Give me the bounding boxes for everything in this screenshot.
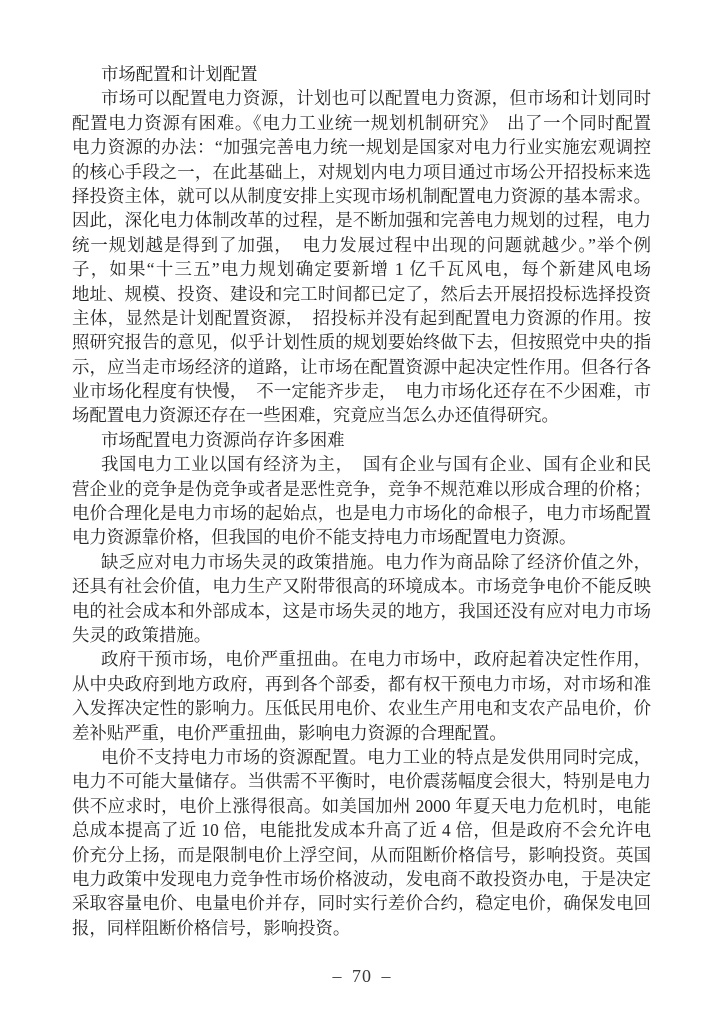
text-line: 配置电力资源有困难。《电力工业统一规划机制研究》 出了一个同时配置 <box>72 111 651 135</box>
page-text: 市场配置和计划配置市场可以配置电力资源，计划也可以配置电力资源，但市场和计划同时… <box>72 62 651 940</box>
text-line: 择投资主体，就可以从制度安排上实现市场机制配置电力资源的基本需求。 <box>72 184 651 208</box>
page-number: – 70 – <box>0 966 724 987</box>
text-line: 政府干预市场，电价严重扭曲。在电力市场中，政府起着决定性作用， <box>72 647 651 671</box>
text-line: 统一规划越是得到了加强， 电力发展过程中出现的问题就越少。”举个例 <box>72 233 651 257</box>
text-line: 缺乏应对电力市场失灵的政策措施。电力作为商品除了经济价值之外， <box>72 550 651 574</box>
text-line: 的核心手段之一，在此基础上，对规划内电力项目通过市场公开招投标来选 <box>72 160 651 184</box>
text-line: 市场配置和计划配置 <box>72 62 651 86</box>
text-line: 示，应当走市场经济的道路，让市场在配置资源中起决定性作用。但各行各 <box>72 355 651 379</box>
text-line: 电力不可能大量储存。当供需不平衡时，电价震荡幅度会很大，特别是电力 <box>72 769 651 793</box>
document-page: 市场配置和计划配置市场可以配置电力资源，计划也可以配置电力资源，但市场和计划同时… <box>0 0 724 1024</box>
text-line: 还具有社会价值，电力生产又附带很高的环境成本。市场竞争电价不能反映 <box>72 574 651 598</box>
text-line: 电力政策中发现电力竞争性市场价格波动，发电商不敢投资办电，于是决定 <box>72 867 651 891</box>
text-line: 业市场化程度有快慢， 不一定能齐步走， 电力市场化还存在不少困难，市 <box>72 379 651 403</box>
text-line: 失灵的政策措施。 <box>72 623 651 647</box>
text-line: 差补贴严重，电价严重扭曲，影响电力资源的合理配置。 <box>72 721 651 745</box>
text-line: 市场配置电力资源尚存许多困难 <box>72 428 651 452</box>
text-line: 电价不支持电力市场的资源配置。电力工业的特点是发供用同时完成， <box>72 745 651 769</box>
text-line: 地址、规模、投资、建设和完工时间都已定了，然后去开展招投标选择投资 <box>72 282 651 306</box>
text-line: 主体，显然是计划配置资源， 招投标并没有起到配置电力资源的作用。按 <box>72 306 651 330</box>
text-line: 入发挥决定性的影响力。压低民用电价、农业生产用电和支农产品电价，价 <box>72 696 651 720</box>
text-line: 供不应求时，电价上涨得很高。如美国加州 2000 年夏天电力危机时，电能 <box>72 794 651 818</box>
text-line: 电力资源的办法：“加强完善电力统一规划是国家对电力行业实施宏观调控 <box>72 135 651 159</box>
text-line: 照研究报告的意见，似乎计划性质的规划要始终做下去，但按照党中央的指 <box>72 330 651 354</box>
text-line: 电力资源靠价格，但我国的电价不能支持电力市场配置电力资源。 <box>72 525 651 549</box>
text-line: 采取容量电价、电量电价并存，同时实行差价合约，稳定电价，确保发电回 <box>72 891 651 915</box>
text-line: 因此，深化电力体制改革的过程，是不断加强和完善电力规划的过程，电力 <box>72 208 651 232</box>
text-line: 总成本提高了近 10 倍，电能批发成本升高了近 4 倍，但是政府不会允许电 <box>72 818 651 842</box>
text-line: 营企业的竞争是伪竞争或者是恶性竞争，竞争不规范难以形成合理的价格； <box>72 477 651 501</box>
text-line: 价充分上扬，而是限制电价上浮空间，从而阻断价格信号，影响投资。英国 <box>72 843 651 867</box>
text-line: 从中央政府到地方政府，再到各个部委，都有权干预电力市场，对市场和准 <box>72 672 651 696</box>
text-line: 子，如果“十三五”电力规划确定要新增 1 亿千瓦风电，每个新建风电场 <box>72 257 651 281</box>
text-line: 电价合理化是电力市场的起始点，也是电力市场化的命根子，电力市场配置 <box>72 501 651 525</box>
text-line: 电的社会成本和外部成本，这是市场失灵的地方，我国还没有应对电力市场 <box>72 599 651 623</box>
text-line: 报，同样阻断价格信号，影响投资。 <box>72 916 651 940</box>
text-line: 场配置电力资源还存在一些困难，究竟应当怎么办还值得研究。 <box>72 403 651 427</box>
text-line: 我国电力工业以国有经济为主， 国有企业与国有企业、国有企业和民 <box>72 452 651 476</box>
text-line: 市场可以配置电力资源，计划也可以配置电力资源，但市场和计划同时 <box>72 86 651 110</box>
